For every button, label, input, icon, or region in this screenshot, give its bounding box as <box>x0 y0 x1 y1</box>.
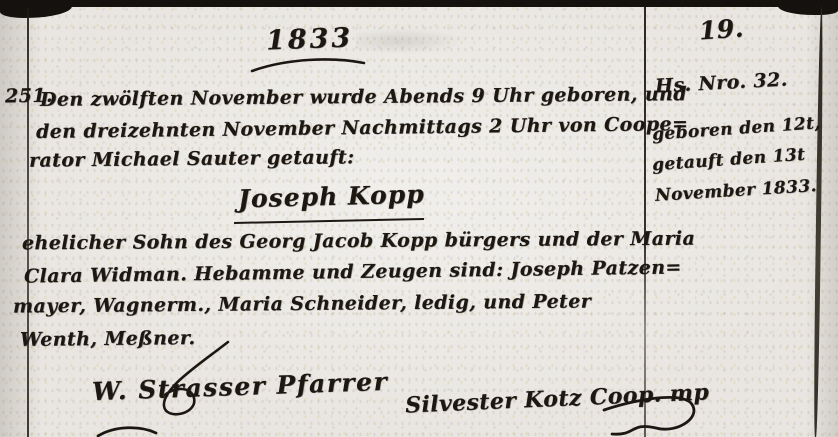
scan-edge-top-left-corner <box>0 0 72 18</box>
year-heading: 1833 <box>266 24 354 54</box>
next-entry-cutoff-stroke <box>96 424 160 437</box>
page-edge-right <box>813 6 824 437</box>
child-name: Joseph Kopp <box>238 182 425 212</box>
margin-house-number: Hs. Nro. 32. <box>655 71 789 97</box>
margin-date-line: November 1833. <box>655 178 818 205</box>
margin-baptized-line: getauft den 13t <box>652 147 806 175</box>
signature-pfarrer: W. Strasser Pfarrer <box>92 369 389 404</box>
record-line: rator Michael Sauter getauft: <box>29 148 355 170</box>
ink-bleedthrough-smudge <box>356 28 466 54</box>
left-margin-rule <box>27 8 29 437</box>
signature-flourish-right <box>600 382 710 437</box>
record-line: ehelicher Sohn des Georg Jacob Kopp bürg… <box>22 230 695 254</box>
scanned-register-page: 1833 19. 251. Den zwölften November wurd… <box>0 0 838 437</box>
record-line: mayer, Wagnerm., Maria Schneider, ledig,… <box>13 292 591 316</box>
page-number: 19. <box>698 15 744 43</box>
scan-edge-top <box>0 0 838 7</box>
column-divider-rule <box>644 7 646 437</box>
record-line: Den zwölften November wurde Abends 9 Uhr… <box>40 85 687 110</box>
scan-edge-top-right-corner <box>778 0 838 15</box>
record-line: Clara Widman. Hebamme und Zeugen sind: J… <box>24 258 682 286</box>
child-name-underline <box>234 218 424 224</box>
year-underline-flourish <box>248 54 370 76</box>
record-line: den dreizehnten November Nachmittags 2 U… <box>36 115 688 142</box>
